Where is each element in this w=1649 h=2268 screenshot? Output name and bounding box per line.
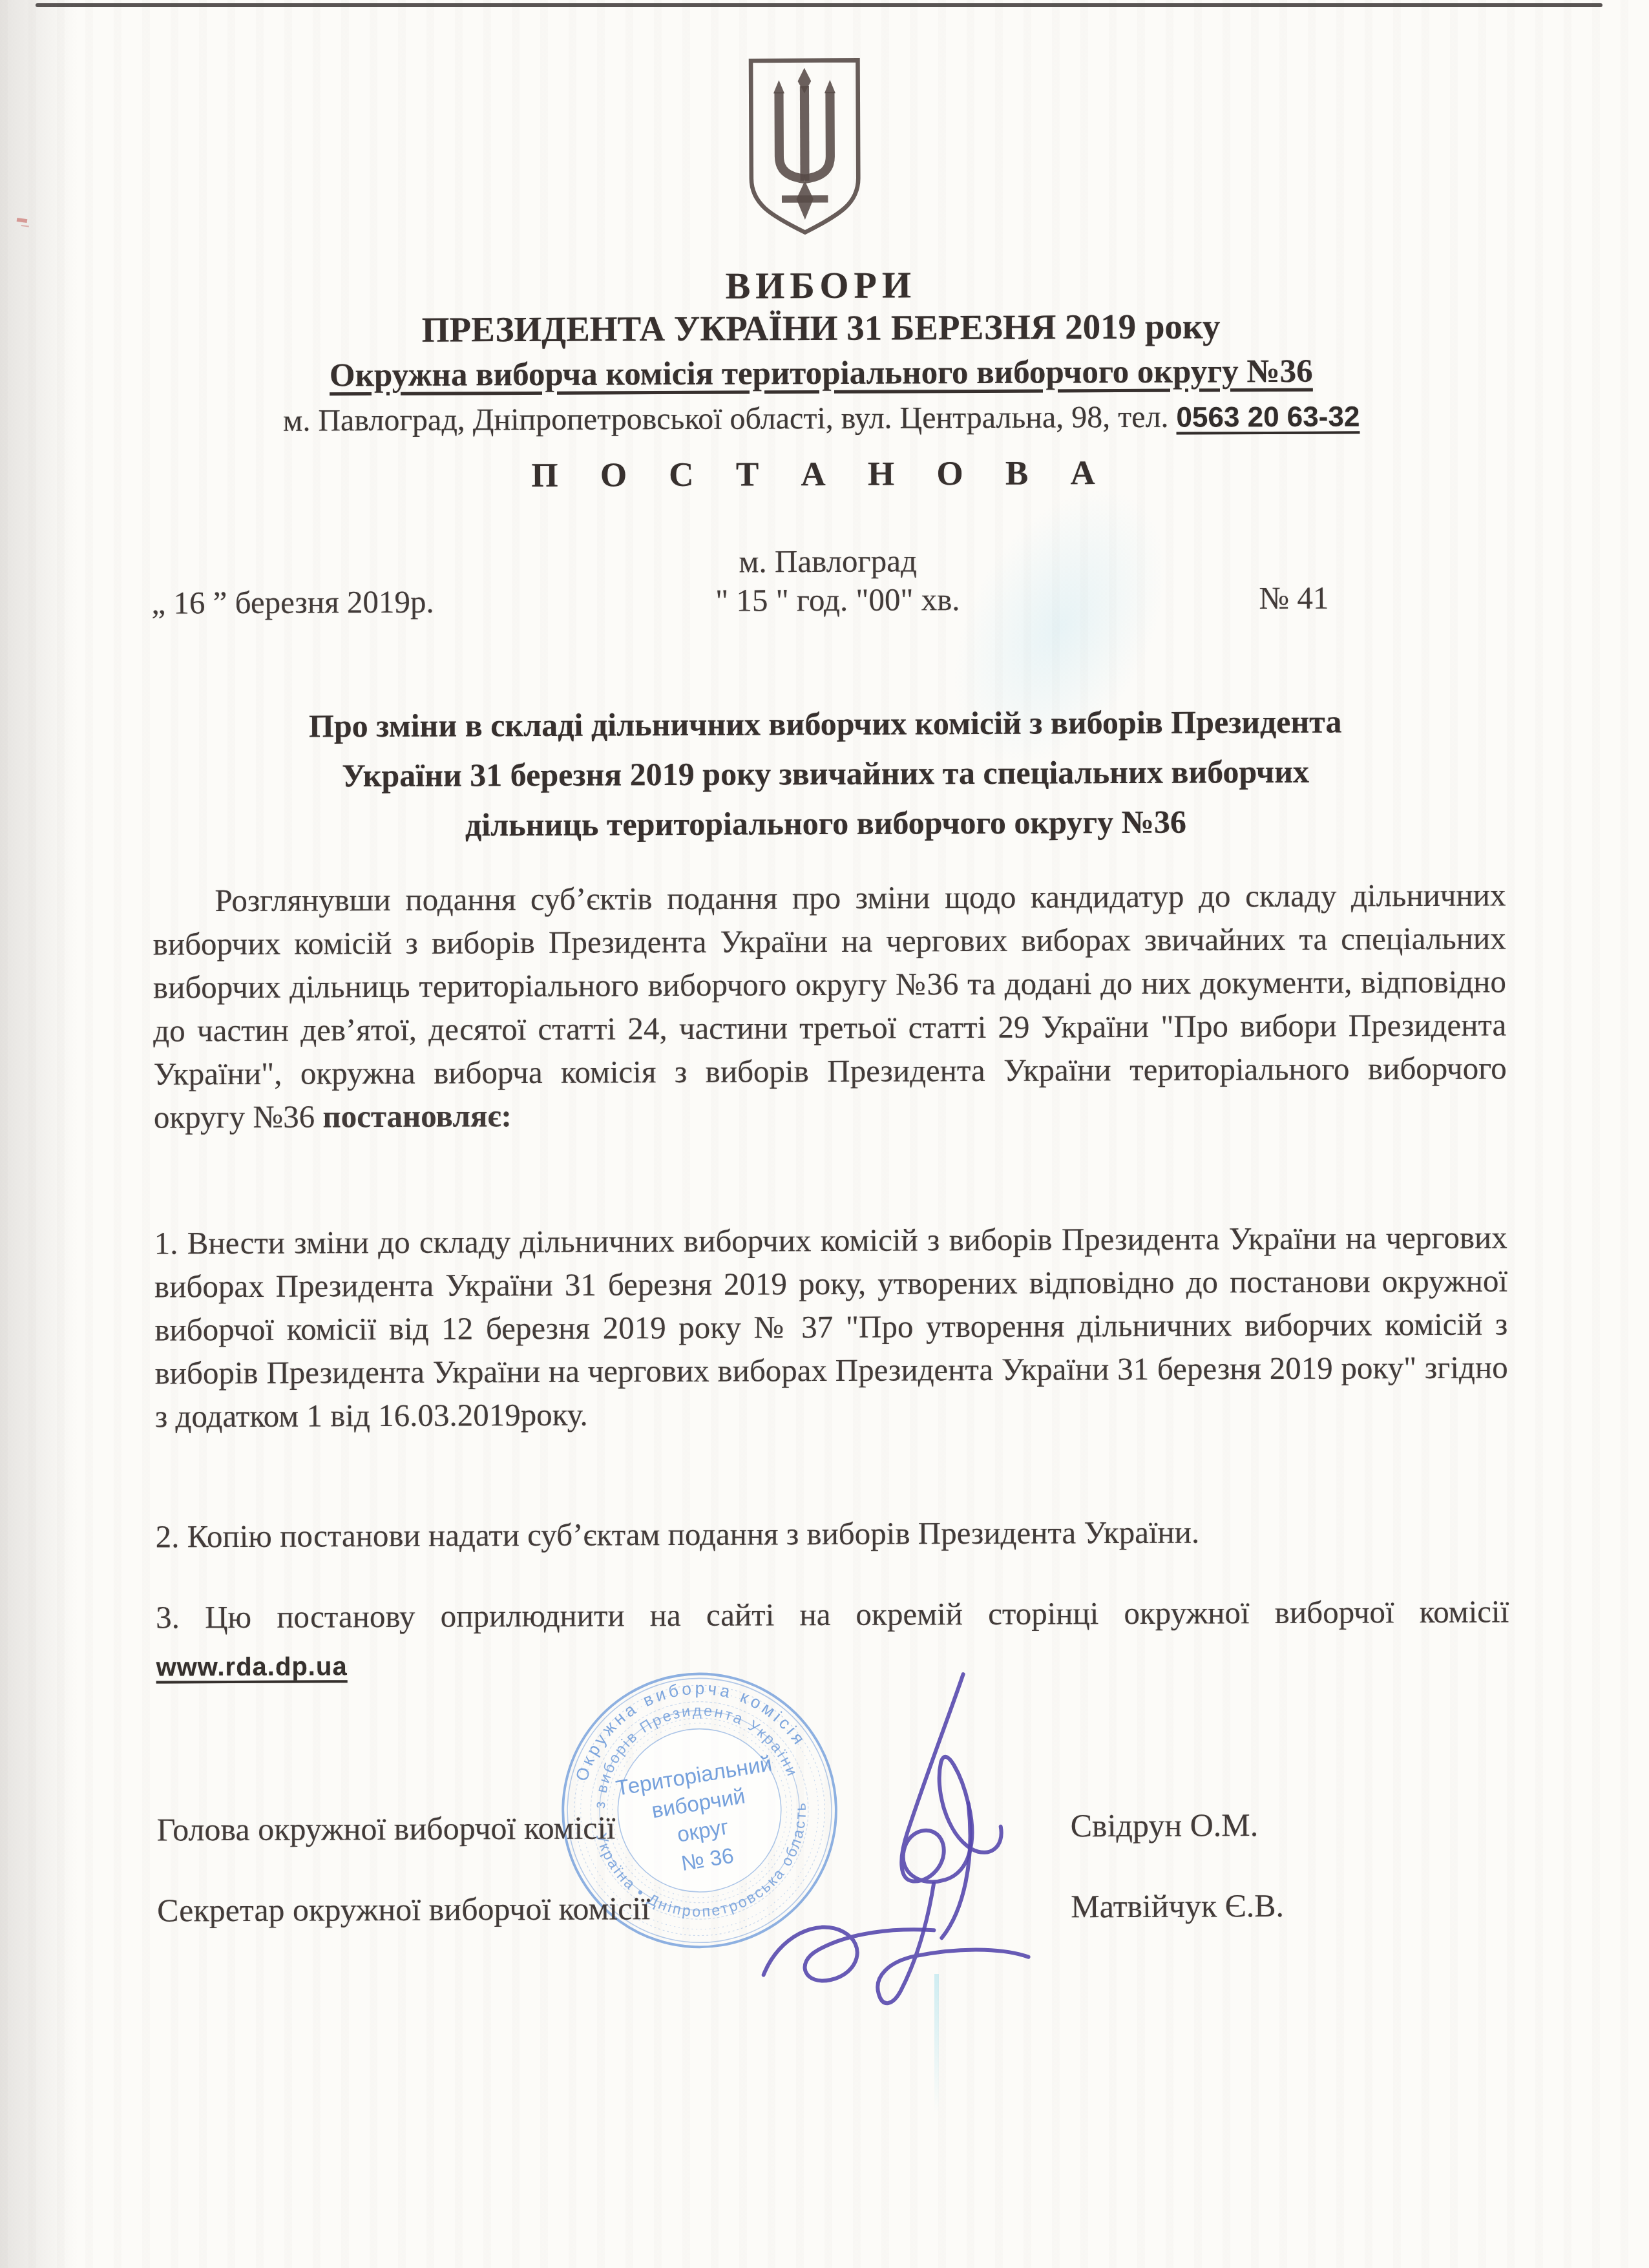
item-3-text: 3. Цю постанову оприлюднити на сайті на … — [156, 1593, 1509, 1635]
document-content: ВИБОРИ ПРЕЗИДЕНТА УКРАЇНИ 31 БЕРЕЗНЯ 201… — [0, 0, 1649, 2268]
scanned-document-page: ВИБОРИ ПРЕЗИДЕНТА УКРАЇНИ 31 БЕРЕЗНЯ 201… — [0, 0, 1649, 2268]
preamble-text: Розглянувши подання суб’єктів подання пр… — [153, 877, 1507, 1135]
meta-date: „ 16 ” березня 2019р. — [151, 583, 434, 622]
address-text: м. Павлоград, Дніпропетровської області,… — [283, 400, 1169, 438]
document-type-heading: П О С Т А Н О В А — [0, 451, 1646, 497]
secretary-signature-name: Матвійчук Є.В. — [1071, 1887, 1284, 1925]
header-elections-word: ВИБОРИ — [0, 260, 1645, 310]
phone-number: 0563 20 63-32 — [1176, 401, 1360, 433]
header-commission-line: Окружна виборча комісія територіального … — [0, 351, 1646, 395]
resolution-item-1: 1. Внести зміни до складу дільничних виб… — [154, 1215, 1508, 1438]
ukraine-trident-emblem-icon — [742, 56, 867, 238]
head-signature-label: Голова окружної виборчої комісії — [157, 1809, 616, 1848]
title-line-2: України 31 березня 2019 року звичайних т… — [147, 746, 1504, 801]
secretary-signature-ink — [740, 1864, 1051, 2020]
preamble-resolves-word: постановляє: — [322, 1098, 512, 1134]
resolution-item-2: 2. Копію постанови надати суб’єктам пода… — [156, 1509, 1509, 1558]
header-address-line: м. Павлоград, Дніпропетровської області,… — [0, 397, 1646, 439]
title-line-3: дільниць територіального виборчого округ… — [147, 795, 1504, 851]
commission-site-link: www.rda.dp.ua — [156, 1652, 347, 1681]
meta-document-number: № 41 — [1259, 580, 1329, 616]
head-signature-name: Свідрун О.М. — [1071, 1806, 1259, 1844]
meta-time: " 15 " год. "00" хв. — [682, 581, 993, 619]
document-title: Про зміни в складі дільничних виборчих к… — [147, 696, 1504, 851]
meta-place: м. Павлоград — [682, 542, 973, 580]
header-president-line: ПРЕЗИДЕНТА УКРАЇНИ 31 БЕРЕЗНЯ 2019 року — [0, 304, 1646, 352]
secretary-signature-label: Секретар окружної виборчої комісії — [157, 1889, 650, 1929]
title-line-1: Про зміни в складі дільничних виборчих к… — [147, 696, 1504, 751]
preamble-paragraph: Розглянувши подання суб’єктів подання пр… — [152, 873, 1507, 1139]
